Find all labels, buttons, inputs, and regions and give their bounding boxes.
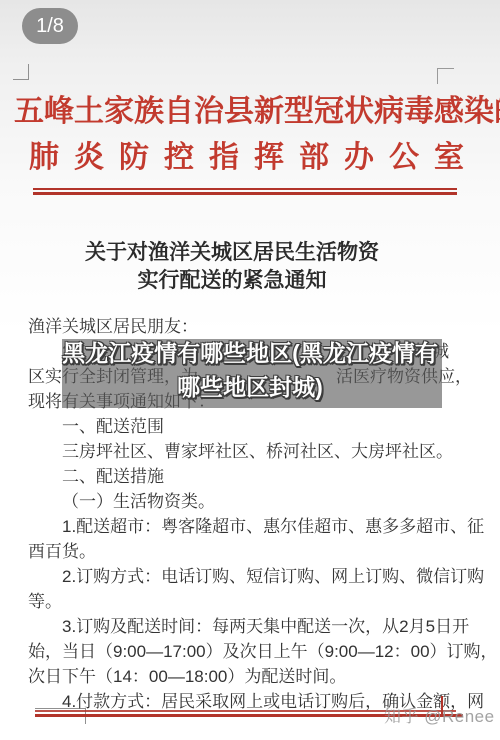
paragraph-line: 三房坪社区、曹家坪社区、桥河社区、大房坪社区。 (28, 439, 474, 464)
section-heading-2: 二、配送措施 (28, 464, 474, 489)
paragraph-line: 酉百货。 (28, 539, 474, 564)
paragraph-line: 2.订购方式：电话订购、短信订购、网上订购、微信订购 (28, 564, 474, 589)
red-rule-top-thick (33, 192, 457, 195)
notice-title-line-2: 实行配送的紧急通知 (2, 264, 462, 294)
scan-corner-mark-top-right (437, 68, 454, 84)
caption-line-1: 黑龙江疫情有哪些地区(黑龙江疫情有 (40, 336, 460, 370)
letterhead-title-line-1: 五峰土家族自治县新型冠状病毒感染的 (14, 86, 474, 130)
page-indicator-badge[interactable]: 1/8 (22, 8, 78, 44)
letterhead-title-line-2: 肺炎防控指挥部办公室 (14, 132, 474, 176)
notice-title-line-1: 关于对渔洋关城区居民生活物资 (2, 236, 462, 266)
caption-line-2: 哪些地区封城) (40, 370, 460, 404)
red-rule-top-thin (33, 188, 457, 190)
paragraph-line: 始，当日（9:00—17:00）及次日上午（9:00—12：00）订购， (28, 639, 474, 664)
scan-corner-mark-top-left (13, 64, 29, 80)
paragraph-line: 3.订购及配送时间：每两天集中配送一次，从2月5日开 (28, 614, 474, 639)
section-heading-1: 一、配送范围 (28, 414, 474, 439)
paragraph-line: 1.配送超市：粤客隆超市、惠尔佳超市、惠多多超市、征 (28, 514, 474, 539)
caption-overlay-text: 黑龙江疫情有哪些地区(黑龙江疫情有 哪些地区封城) (40, 336, 460, 404)
paragraph-line: 次日下午（14：00—18:00）为配送时间。 (28, 664, 474, 689)
paragraph-line: 等。 (28, 589, 474, 614)
watermark: 知乎 @Renee (384, 702, 495, 727)
image-viewer[interactable]: 1/8 五峰土家族自治县新型冠状病毒感染的 肺炎防控指挥部办公室 关于对渔洋关城… (0, 0, 500, 740)
subsection-heading: （一）生活物资类。 (28, 489, 474, 514)
